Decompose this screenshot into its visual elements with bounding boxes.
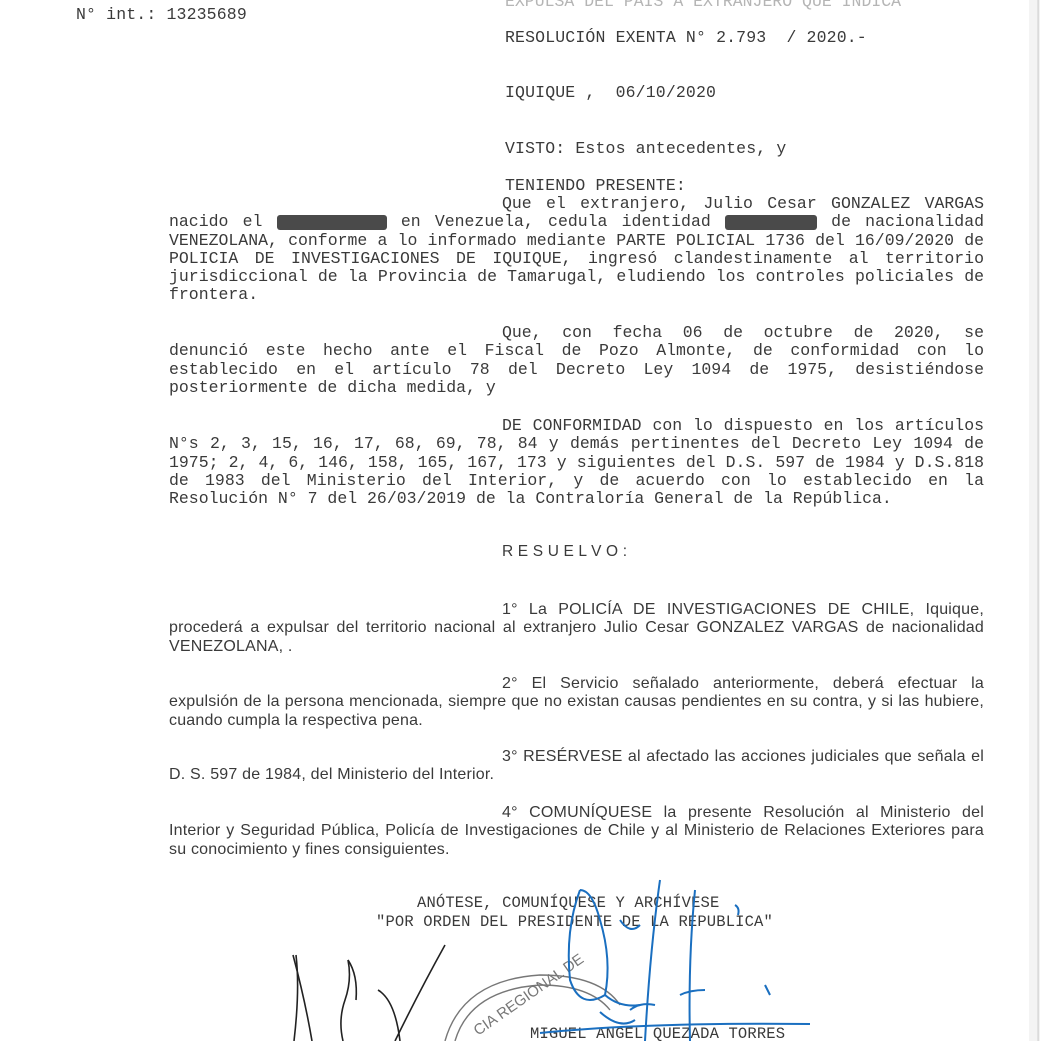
resuelvo-item-3: 3° RESÉRVESE al afectado las acciones ju…	[169, 748, 984, 785]
resuelvo-heading: R E S U E L V O :	[502, 543, 627, 561]
black-signature-icon	[293, 945, 445, 1041]
place-date: IQUIQUE , 06/10/2020	[505, 84, 716, 102]
closing-line-1: ANÓTESE, COMUNÍQUESE Y ARCHÍVESE	[417, 894, 719, 912]
redacted-birthdate: 10/09/1990	[277, 215, 387, 230]
resolution-number: RESOLUCIÓN EXENTA N° 2.793 / 2020.-	[505, 29, 867, 47]
resuelvo-item-1: 1° La POLICÍA DE INVESTIGACIONES DE CHIL…	[169, 601, 984, 656]
resuelvo-item-2: 2° El Servicio señalado anteriormente, d…	[169, 675, 984, 730]
paragraph-conformidad: DE CONFORMIDAD con lo dispuesto en los a…	[169, 417, 984, 508]
page-edge	[1029, 0, 1041, 1041]
paragraph-extranjero: Que el extranjero, Julio Cesar GONZALEZ …	[169, 195, 984, 305]
visto-line: VISTO: Estos antecedentes, y	[505, 140, 786, 158]
redacted-id: 24241137	[725, 215, 817, 230]
teniendo-presente-heading: TENIENDO PRESENTE:	[505, 177, 686, 195]
signatory-name: MIGUEL ANGEL QUEZADA TORRES	[530, 1025, 785, 1041]
paragraph-denuncia: Que, con fecha 06 de octubre de 2020, se…	[169, 324, 984, 397]
internal-number: N° int.: 13235689	[76, 6, 247, 24]
subject-line: EXPULSA DEL PAIS A EXTRANJERO QUE INDICA	[505, 0, 901, 11]
closing-line-2: "POR ORDEN DEL PRESIDENTE DE LA REPUBLIC…	[376, 913, 773, 931]
resuelvo-item-4: 4° COMUNÍQUESE la presente Resolución al…	[169, 804, 984, 859]
document-page: EXPULSA DEL PAIS A EXTRANJERO QUE INDICA…	[0, 0, 1041, 1041]
